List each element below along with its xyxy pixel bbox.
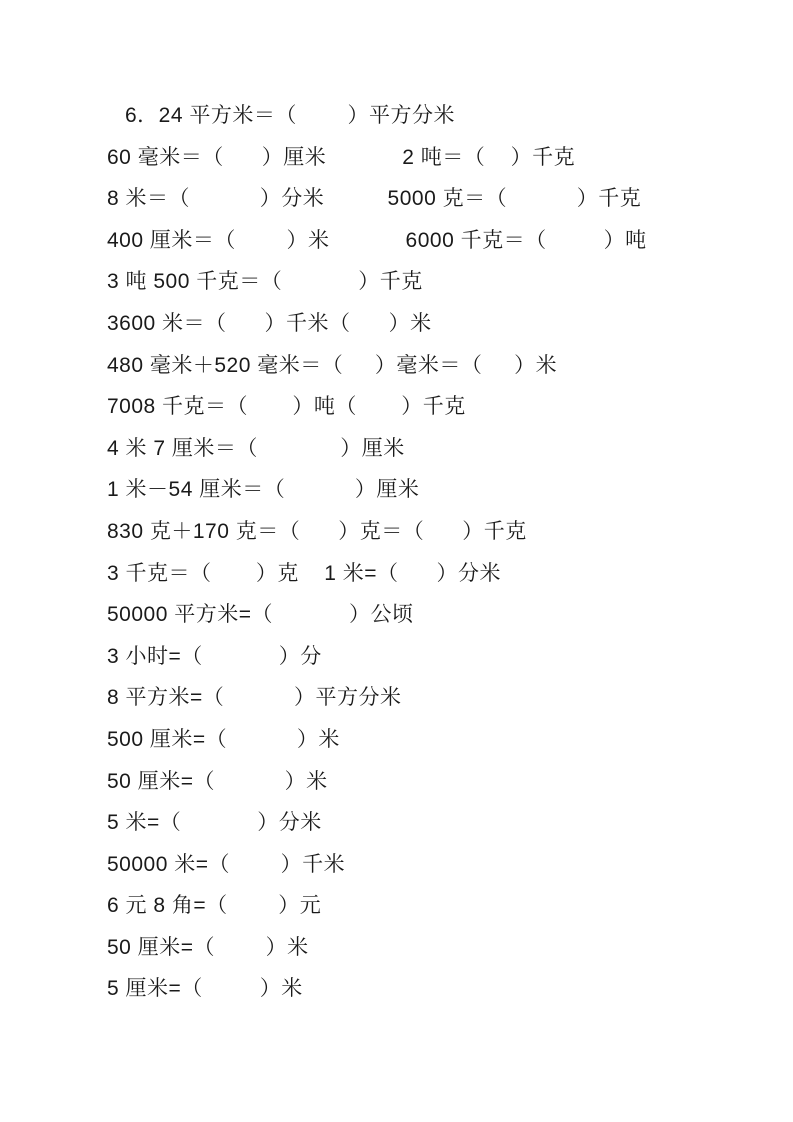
worksheet-line: 3 小时=（ ）分 xyxy=(107,636,753,678)
worksheet-line: 6．24 平方米＝（ ）平方分米 xyxy=(107,95,753,137)
worksheet-line: 6 元 8 角=（ ）元 xyxy=(107,885,753,927)
worksheet-line: 5 米=（ ）分米 xyxy=(107,802,753,844)
worksheet-line: 8 米＝（ ）分米 5000 克＝（ ）千克 xyxy=(107,178,753,220)
worksheet-line: 60 毫米＝（ ）厘米 2 吨＝（ ）千克 xyxy=(107,137,753,179)
worksheet-line: 4 米 7 厘米＝（ ）厘米 xyxy=(107,428,753,470)
worksheet-line: 500 厘米=（ ）米 xyxy=(107,719,753,761)
worksheet-line: 50000 米=（ ）千米 xyxy=(107,844,753,886)
worksheet-line: 7008 千克＝（ ）吨（ ）千克 xyxy=(107,386,753,428)
worksheet-line: 830 克＋170 克＝（ ）克＝（ ）千克 xyxy=(107,511,753,553)
worksheet-line: 400 厘米＝（ ）米 6000 千克＝（ ）吨 xyxy=(107,220,753,262)
worksheet-line: 1 米－54 厘米＝（ ）厘米 xyxy=(107,469,753,511)
worksheet-line: 50 厘米=（ ）米 xyxy=(107,761,753,803)
worksheet-page: 6．24 平方米＝（ ）平方分米 60 毫米＝（ ）厘米 2 吨＝（ ）千克 8… xyxy=(0,0,793,1122)
worksheet-line: 5 厘米=（ ）米 xyxy=(107,968,753,1010)
worksheet-line: 480 毫米＋520 毫米＝（ ）毫米＝（ ）米 xyxy=(107,345,753,387)
worksheet-line: 50000 平方米=（ ）公顷 xyxy=(107,594,753,636)
worksheet-line: 3 吨 500 千克＝（ ）千克 xyxy=(107,261,753,303)
worksheet-line: 50 厘米=（ ）米 xyxy=(107,927,753,969)
worksheet-line: 8 平方米=（ ）平方分米 xyxy=(107,677,753,719)
unit-conversion-worksheet: 6．24 平方米＝（ ）平方分米 60 毫米＝（ ）厘米 2 吨＝（ ）千克 8… xyxy=(107,95,753,1010)
worksheet-line: 3600 米＝（ ）千米（ ）米 xyxy=(107,303,753,345)
worksheet-line: 3 千克＝（ ）克 1 米=（ ）分米 xyxy=(107,553,753,595)
